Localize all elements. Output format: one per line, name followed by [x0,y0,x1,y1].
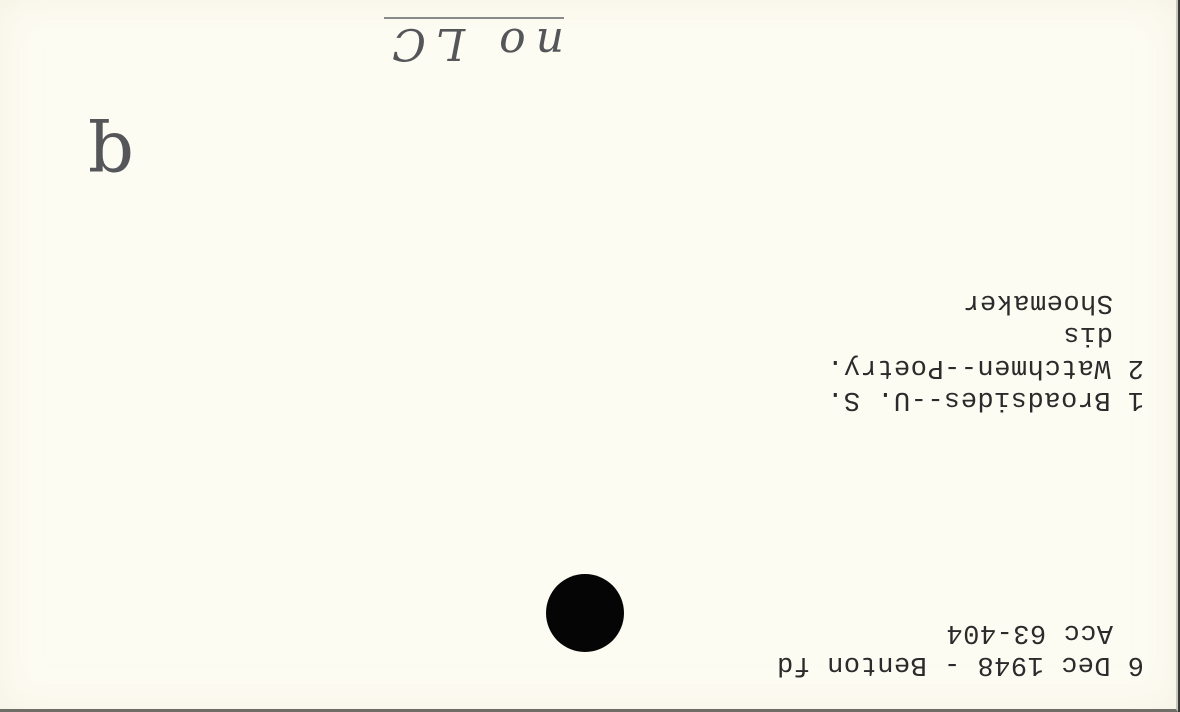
catalog-card: 6 Dec 1948 - Benton fd Acc 63-404 1 Broa… [0,0,1178,712]
handwritten-note: no LC [382,18,564,69]
disposition-label: dis [1063,318,1113,349]
handwritten-mark: q [88,117,134,201]
card-content-rotated: 6 Dec 1948 - Benton fd Acc 63-404 1 Broa… [0,0,1176,709]
accession-date-source: 6 Dec 1948 - Benton fd [777,648,1144,679]
disposition-name: Shoemaker [963,286,1113,317]
subject-heading-1: 1 Broadsides--U. S. [827,383,1144,414]
accession-number: Acc 63-404 [946,616,1113,647]
punch-hole [546,574,624,652]
subject-heading-2: 2 Watchmen--Poetry. [827,351,1144,382]
note-underline [384,17,564,19]
